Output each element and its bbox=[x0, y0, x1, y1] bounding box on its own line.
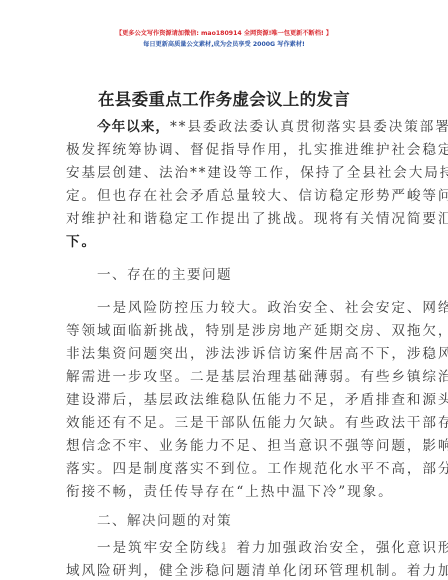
intro-text: **县委政法委认真贯彻落实县委决策部署，积 bbox=[170, 119, 448, 135]
promo-banner-line-1: 【更多公文写作资源请加微信: mao180914 全网资源!唯一包更新不断档! … bbox=[0, 28, 448, 37]
section1-line: 建设滞后，基层政法维稳队伍能力不足，矛盾排查和源头治理 bbox=[66, 389, 384, 412]
intro-line: 对维护社和谐稳定工作提出了挑战。现将有关情况简要汇报如 bbox=[66, 208, 384, 231]
intro-line: 下。 bbox=[66, 231, 384, 254]
section2-line: 域风险研判，健全涉稳问题清单化闭环管理机制。着力加强社 bbox=[66, 560, 384, 580]
section1-line: 衔接不畅，责任传导存在“上热中温下冷”现象。 bbox=[66, 481, 384, 504]
document-page: 【更多公文写作资源请加微信: mao180914 全网资源!唯一包更新不断档! … bbox=[0, 0, 448, 580]
intro-line: 安基层创建、法治**建设等工作，保持了全县社会大局持续稳 bbox=[66, 162, 384, 185]
section1-line: 解需进一步攻坚。二是基层治理基础薄弱。有些乡镇综治中心 bbox=[66, 366, 384, 389]
section1-line: 落实。四是制度落实不到位。工作规范化水平不高，部分机制 bbox=[66, 458, 384, 481]
promo-banner-line-2: 每日更新高质量公文素材,成为会员享受 2000G 写作素材! bbox=[0, 39, 448, 48]
intro-line: 定。但也存在社会矛盾总量较大、信访稳定形势严峻等问题， bbox=[66, 185, 384, 208]
section1-line: 一是风险防控压力较大。政治安全、社会安定、网络安全 bbox=[66, 297, 384, 320]
section1-line: 非法集资问题突出，涉法涉诉信访案件居高不下，涉稳风险化 bbox=[66, 343, 384, 366]
section-heading-problems: 一、存在的主要问题 bbox=[66, 264, 384, 287]
intro-line: 今年以来，**县委政法委认真贯彻落实县委决策部署，积 bbox=[66, 116, 384, 139]
section1-line: 效能还有不足。三是干部队伍能力欠缺。有些政法干部存在理 bbox=[66, 412, 384, 435]
document-title: 在县委重点工作务虚会议上的发言 bbox=[0, 86, 448, 110]
section1-line: 等领域面临新挑战，特别是涉房地产延期交房、双拖欠，涉众 bbox=[66, 320, 384, 343]
page-number: 1 bbox=[0, 542, 448, 552]
document-body: 今年以来，**县委政法委认真贯彻落实县委决策部署，积 极发挥统筹协调、督促指导作… bbox=[66, 116, 384, 580]
section-heading-solutions: 二、解决问题的对策 bbox=[66, 510, 384, 533]
spacer bbox=[66, 254, 384, 264]
intro-lead: 今年以来， bbox=[97, 119, 170, 135]
intro-line: 极发挥统筹协调、督促指导作用，扎实推进维护社会稳定、平 bbox=[66, 139, 384, 162]
spacer bbox=[66, 287, 384, 297]
section1-line: 想信念不牢、业务能力不足、担当意识不强等问题，影响工作 bbox=[66, 435, 384, 458]
